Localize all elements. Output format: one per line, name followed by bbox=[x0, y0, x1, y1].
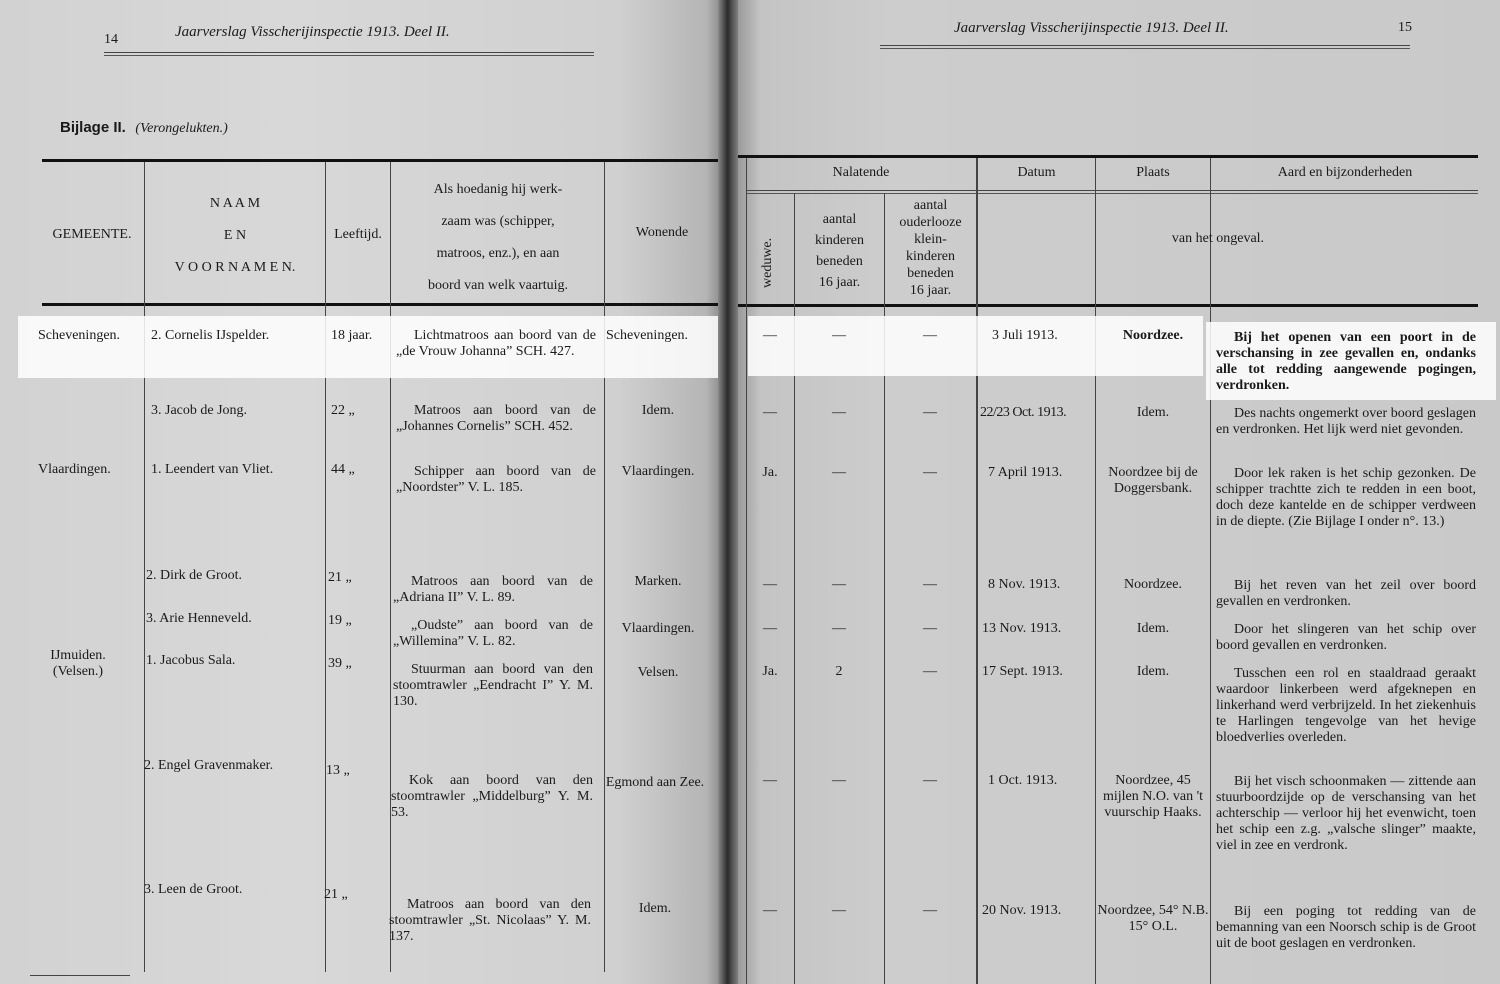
row-leeftijd: 39 „ bbox=[328, 656, 386, 672]
col-header-line: 16 jaar. bbox=[795, 272, 884, 293]
col-header-line: ouderlooze bbox=[885, 214, 976, 231]
col-header-leeftijd: Leeftijd. bbox=[326, 222, 390, 248]
row-weduwe: Ja. bbox=[746, 664, 794, 680]
left-page: 14 Jaarverslag Visscherijinspectie 1913.… bbox=[0, 0, 728, 984]
row-weduwe: — bbox=[746, 577, 794, 593]
row-aard: Bij het reven van het zeil over boord ge… bbox=[1216, 578, 1476, 610]
row-wonende: Velsen. bbox=[606, 665, 710, 681]
row-datum: 1 Oct. 1913. bbox=[988, 773, 1096, 789]
row-hoedanig: Stuurman aan boord van den stoomtrawler … bbox=[393, 662, 593, 710]
row-weduwe: — bbox=[746, 328, 794, 344]
row-kleinkinderen: — bbox=[884, 903, 976, 919]
row-weduwe: — bbox=[746, 621, 794, 637]
row-plaats: Noordzee. bbox=[1096, 577, 1210, 593]
row-leeftijd: 44 „ bbox=[331, 462, 389, 478]
col-header-line: beneden bbox=[795, 251, 884, 272]
row-leeftijd: 21 „ bbox=[324, 887, 382, 903]
col-header-naam-line: N A A M bbox=[145, 188, 325, 220]
subheader-rule bbox=[746, 190, 1478, 194]
col-header-line: boord van welk vaartuig. bbox=[392, 270, 604, 302]
col-divider bbox=[1210, 158, 1211, 984]
row-kleinkinderen: — bbox=[884, 328, 976, 344]
col-header-aard: Aard en bijzonderheden bbox=[1212, 160, 1478, 186]
row-aard: Tusschen een rol en staaldraad geraakt w… bbox=[1216, 666, 1476, 746]
row-kleinkinderen: — bbox=[884, 577, 976, 593]
row-weduwe: — bbox=[746, 405, 794, 421]
col-header-line: kinderen bbox=[885, 248, 976, 265]
row-naam: 3. Jacob de Jong. bbox=[151, 403, 323, 419]
appendix-label: Bijlage II. bbox=[60, 119, 126, 136]
row-plaats: Idem. bbox=[1096, 621, 1210, 637]
row-leeftijd: 22 „ bbox=[331, 403, 389, 419]
row-aard: Door lek raken is het schip gezonken. De… bbox=[1216, 466, 1476, 530]
col-header-line: beneden bbox=[885, 265, 976, 282]
row-leeftijd: 18 jaar. bbox=[331, 328, 389, 344]
table-bottom-rule bbox=[30, 975, 130, 976]
right-page: Jaarverslag Visscherijinspectie 1913. De… bbox=[738, 0, 1500, 984]
row-wonende: Idem. bbox=[606, 403, 710, 419]
row-leeftijd: 13 „ bbox=[326, 763, 384, 779]
row-kleinkinderen: — bbox=[884, 664, 976, 680]
row-naam: 1. Jacobus Sala. bbox=[146, 653, 324, 669]
row-hoedanig: Schipper aan boord van de „Noordster” V.… bbox=[396, 464, 596, 496]
col-header-line: aantal bbox=[885, 197, 976, 214]
page-number-left: 14 bbox=[104, 32, 118, 48]
row-kinderen: — bbox=[794, 465, 884, 481]
row-datum: 20 Nov. 1913. bbox=[982, 903, 1096, 919]
row-kleinkinderen: — bbox=[884, 621, 976, 637]
row-plaats: Idem. bbox=[1096, 664, 1210, 680]
row-wonende: Scheveningen. bbox=[606, 328, 718, 344]
row-kinderen: — bbox=[794, 328, 884, 344]
row-datum: 17 Sept. 1913. bbox=[982, 664, 1096, 680]
row-plaats: Noordzee, 45 mijlen N.O. van 't vuurschi… bbox=[1096, 773, 1210, 821]
col-header-van-het-ongeval: van het ongeval. bbox=[1118, 226, 1318, 252]
row-wonende: Idem. bbox=[603, 901, 707, 917]
row-wonende: Vlaardingen. bbox=[606, 464, 710, 480]
page-number-right: 15 bbox=[1398, 20, 1412, 36]
col-header-gemeente: GEMEENTE. bbox=[42, 222, 142, 248]
col-header-line: zaam was (schipper, bbox=[392, 206, 604, 238]
col-header-line: klein- bbox=[885, 231, 976, 248]
row-naam: 3. Arie Henneveld. bbox=[146, 611, 324, 627]
row-aard: Des nachts ongemerkt over boord geslagen… bbox=[1216, 406, 1476, 438]
col-header-naam-line: E N bbox=[145, 220, 325, 252]
header-rule-left bbox=[104, 52, 594, 56]
row-aard: Bij het visch schoonmaken — zittende aan… bbox=[1216, 774, 1476, 854]
row-datum: 22/23 Oct. 1913. bbox=[980, 405, 1096, 421]
col-header-naam: N A A M E N V O O R N A M E N. bbox=[145, 188, 325, 284]
row-gemeente: IJmuiden. (Velsen.) bbox=[28, 648, 128, 680]
row-kinderen: — bbox=[794, 621, 884, 637]
row-gemeente: Vlaardingen. bbox=[38, 462, 138, 478]
col-header-line: kinderen bbox=[795, 230, 884, 251]
row-kinderen: — bbox=[794, 773, 884, 789]
header-bottom-rule bbox=[738, 304, 1478, 307]
row-wonende: Vlaardingen. bbox=[606, 621, 710, 637]
col-divider bbox=[746, 158, 747, 984]
col-divider bbox=[1095, 158, 1096, 984]
col-header-hoedanig: Als hoedanig hij werk- zaam was (schippe… bbox=[392, 174, 604, 302]
row-naam: 2. Engel Gravenmaker. bbox=[144, 758, 324, 774]
col-header-line: 16 jaar. bbox=[885, 282, 976, 299]
row-hoedanig: Matroos aan boord van de „Adriana II” V.… bbox=[393, 574, 593, 606]
row-plaats: Noordzee. bbox=[1096, 328, 1210, 344]
col-divider bbox=[325, 162, 326, 972]
row-weduwe: — bbox=[746, 773, 794, 789]
col-header-line: Als hoedanig hij werk- bbox=[392, 174, 604, 206]
row-kleinkinderen: — bbox=[884, 773, 976, 789]
row-leeftijd: 21 „ bbox=[328, 570, 386, 586]
col-divider bbox=[976, 158, 978, 984]
row-kinderen: — bbox=[794, 405, 884, 421]
row-kinderen: — bbox=[794, 577, 884, 593]
running-head-right: Jaarverslag Visscherijinspectie 1913. De… bbox=[954, 20, 1229, 37]
row-kinderen: 2 bbox=[794, 664, 884, 680]
row-hoedanig: Lichtmatroos aan boord van de „de Vrouw … bbox=[396, 328, 596, 360]
col-header-wonende: Wonende bbox=[606, 220, 718, 246]
row-aard: Bij het openen van een poort in de versc… bbox=[1216, 330, 1476, 394]
highlighted-row-band bbox=[748, 316, 1203, 376]
col-header-kinderen: aantal kinderen beneden 16 jaar. bbox=[795, 209, 884, 293]
row-leeftijd: 19 „ bbox=[328, 613, 386, 629]
col-header-line: aantal bbox=[795, 209, 884, 230]
row-plaats: Idem. bbox=[1096, 405, 1210, 421]
row-aard: Bij een poging tot redding van de bemann… bbox=[1216, 904, 1476, 952]
row-datum: 3 Juli 1913. bbox=[992, 328, 1096, 344]
row-datum: 7 April 1913. bbox=[988, 465, 1096, 481]
row-plaats: Noordzee, 54° N.B. 15° O.L. bbox=[1096, 903, 1210, 935]
col-header-kleinkinderen: aantal ouderlooze klein- kinderen benede… bbox=[885, 197, 976, 299]
row-datum: 13 Nov. 1913. bbox=[982, 621, 1096, 637]
row-plaats: Noordzee bij de Doggersbank. bbox=[1096, 465, 1210, 497]
running-head-left: Jaarverslag Visscherijinspectie 1913. De… bbox=[175, 24, 450, 41]
row-weduwe: Ja. bbox=[746, 465, 794, 481]
row-naam: 2. Cornelis IJspelder. bbox=[151, 328, 323, 344]
row-hoedanig: „Oudste” aan boord van de „Willemina” V.… bbox=[393, 618, 593, 650]
row-kinderen: — bbox=[794, 903, 884, 919]
row-hoedanig: Matroos aan boord van den stoomtrawler „… bbox=[389, 897, 591, 945]
col-header-plaats: Plaats bbox=[1096, 160, 1210, 186]
row-naam: 1. Leendert van Vliet. bbox=[151, 462, 323, 478]
col-header-line: matroos, enz.), en aan bbox=[392, 238, 604, 270]
row-hoedanig: Kok aan boord van den stoomtrawler „Midd… bbox=[391, 773, 593, 821]
col-header-naam-line: V O O R N A M E N. bbox=[145, 252, 325, 284]
row-kleinkinderen: — bbox=[884, 465, 976, 481]
row-wonende: Egmond aan Zee. bbox=[603, 775, 707, 791]
row-naam: 2. Dirk de Groot. bbox=[146, 568, 324, 584]
row-kleinkinderen: — bbox=[884, 405, 976, 421]
col-header-nalatende: Nalatende bbox=[746, 160, 976, 186]
col-divider bbox=[604, 162, 605, 972]
row-hoedanig: Matroos aan boord van de „Johannes Corne… bbox=[396, 403, 596, 435]
row-naam: 3. Leen de Groot. bbox=[144, 882, 324, 898]
table-top-rule bbox=[738, 155, 1478, 158]
row-weduwe: — bbox=[746, 903, 794, 919]
appendix-subtitle: (Verongelukten.) bbox=[135, 121, 227, 136]
row-gemeente: Scheveningen. bbox=[38, 328, 138, 344]
col-header-datum: Datum bbox=[978, 160, 1095, 186]
header-rule-right bbox=[880, 45, 1410, 49]
row-datum: 8 Nov. 1913. bbox=[988, 577, 1096, 593]
row-wonende: Marken. bbox=[606, 574, 710, 590]
col-header-weduwe: weduwe. bbox=[760, 218, 776, 288]
appendix-title: Bijlage II. (Verongelukten.) bbox=[60, 118, 228, 137]
row-aard: Door het slingeren van het schip over bo… bbox=[1216, 622, 1476, 654]
col-divider bbox=[390, 162, 391, 972]
highlighted-row-band bbox=[18, 316, 718, 378]
